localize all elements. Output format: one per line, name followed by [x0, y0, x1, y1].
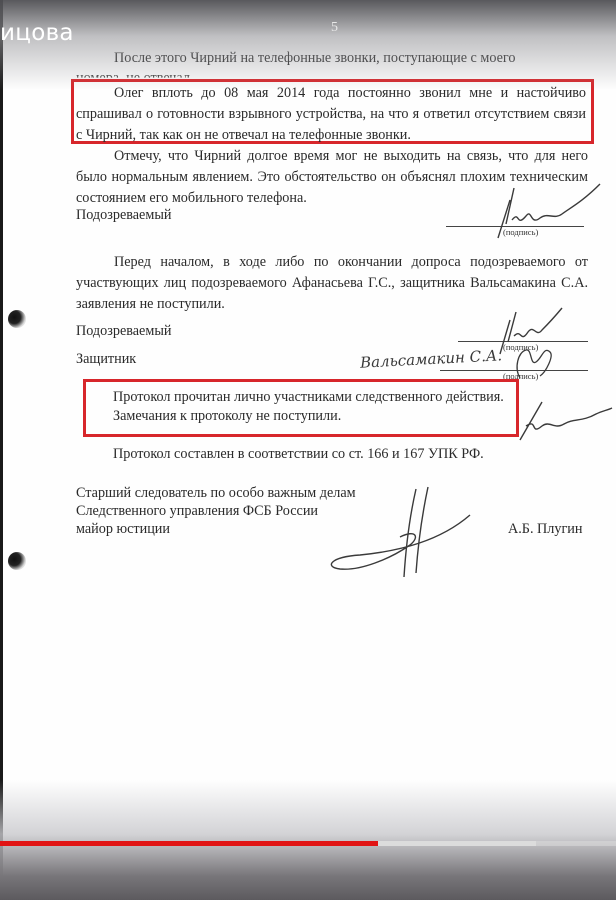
protocol-compliance-line: Протокол составлен в соответствии со ст.… [113, 446, 484, 463]
page-number-label: 5 [331, 20, 338, 36]
suspect-signature-1 [470, 180, 610, 242]
investigator-name: А.Б. Плугин [508, 521, 582, 538]
investigator-rank: майор юстиции [76, 521, 170, 538]
protocol-read-line: Протокол прочитан лично участниками след… [113, 389, 504, 406]
defender-label: Защитник [76, 351, 136, 368]
hole-punch-mark-2 [8, 552, 26, 570]
investigator-title-line-2: Следственного управления ФСБ России [76, 503, 318, 520]
document-scan: После этого Чирний на телефонные звонки,… [0, 0, 616, 900]
progress-played[interactable] [0, 841, 378, 846]
suspect-label-2: Подозреваемый [76, 323, 171, 340]
investigator-title-line-1: Старший следователь по особо важным дела… [76, 485, 356, 502]
protocol-remarks-line: Замечания к протоколу не поступили. [113, 408, 341, 425]
paragraph-after-this: После этого Чирний на телефонные звонки,… [76, 48, 588, 69]
video-bottom-gradient [0, 780, 616, 900]
suspect-initial-signature [512, 396, 616, 442]
video-progress-bar[interactable] [0, 841, 616, 846]
paragraph-oleg-calls: Олег вплоть до 08 мая 2014 года постоянн… [76, 83, 586, 146]
video-title: ицова [0, 20, 74, 46]
investigator-signature [320, 485, 480, 585]
video-frame-edge [0, 0, 3, 900]
hole-punch-mark [8, 310, 26, 328]
defender-handwritten-name: Вальсамакин С.А. [360, 346, 503, 371]
suspect-label: Подозреваемый [76, 207, 171, 224]
defender-signature [510, 338, 560, 384]
